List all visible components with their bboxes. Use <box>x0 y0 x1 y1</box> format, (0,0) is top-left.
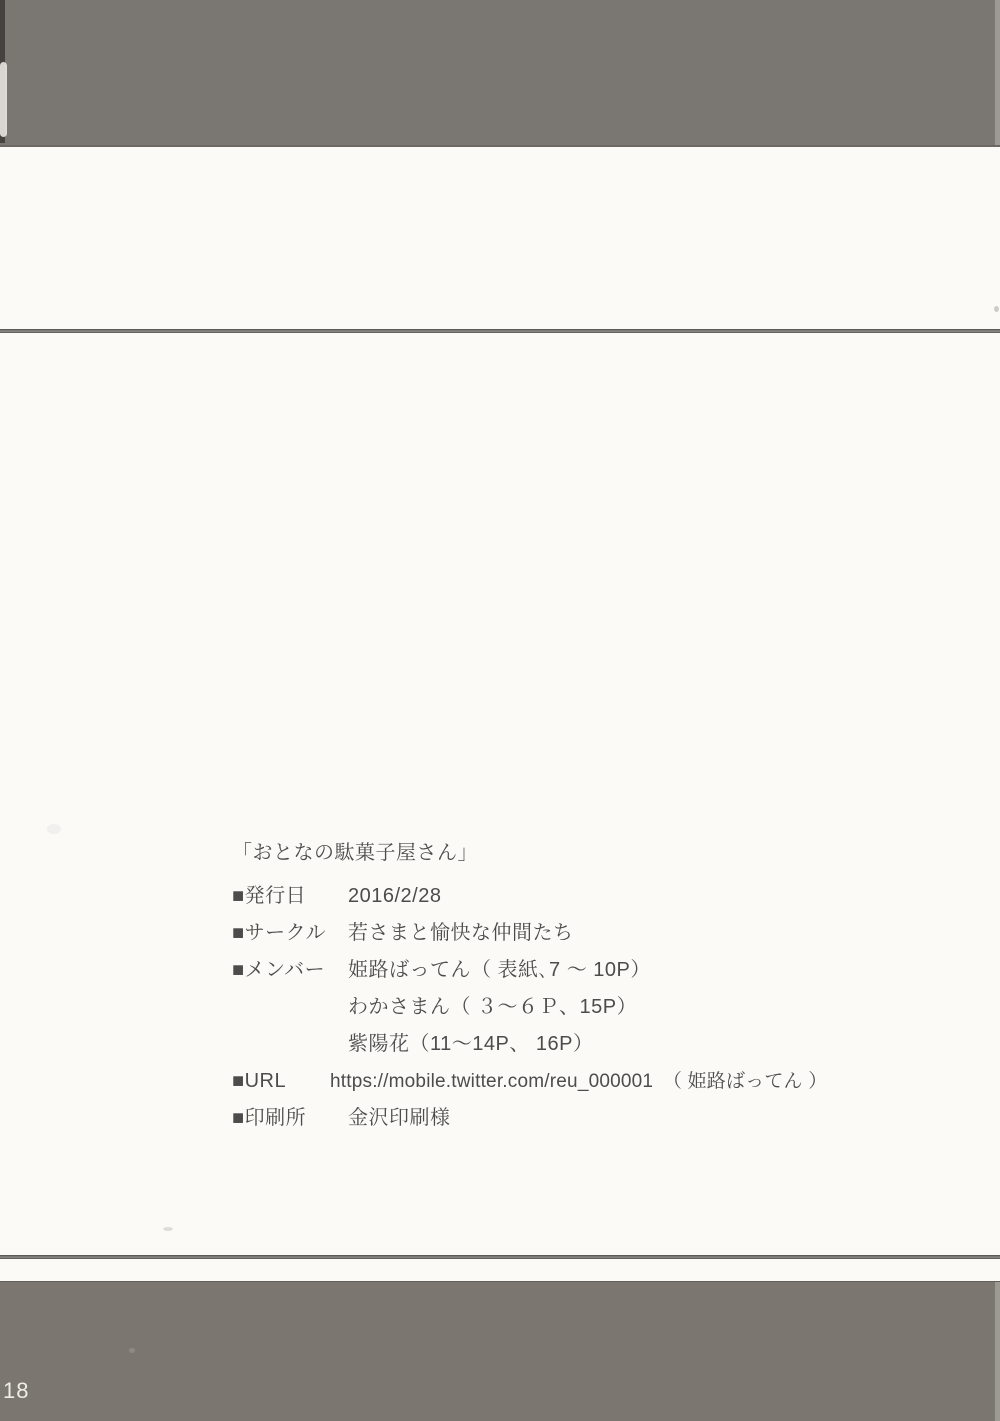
field-label: ■メンバー <box>232 952 348 989</box>
colophon-row-url: ■URL https://mobile.twitter.com/reu_0000… <box>232 1063 827 1100</box>
scan-speck <box>994 306 999 312</box>
spine-highlight <box>0 62 7 137</box>
colophon-row-member-2: わかさまん（ ３～６Ｐ、15P） <box>232 989 827 1026</box>
colophon-row-member-3: 紫陽花（11～14P、 16P） <box>232 1026 827 1063</box>
horizontal-rule-top <box>0 329 1000 333</box>
field-value: わかさまん（ ３～６Ｐ、15P） <box>348 989 637 1026</box>
colophon-row-circle: ■サークル 若さまと愉快な仲間たち <box>232 915 827 952</box>
scan-speck <box>47 824 61 834</box>
field-label: ■発行日 <box>232 878 348 915</box>
scan-speck <box>163 1227 173 1231</box>
field-value-url: https://mobile.twitter.com/reu_000001 （ … <box>330 1063 827 1100</box>
field-value: 金沢印刷様 <box>348 1100 451 1137</box>
bottom-scan-band <box>0 1281 1000 1421</box>
colophon-row-printer: ■印刷所 金沢印刷様 <box>232 1100 827 1137</box>
field-label: ■印刷所 <box>232 1100 348 1137</box>
scanned-colophon-page: 「おとなの駄菓子屋さん」 ■発行日 2016/2/28 ■サークル 若さまと愉快… <box>0 0 1000 1421</box>
colophon-row-publish-date: ■発行日 2016/2/28 <box>232 878 827 915</box>
scan-edge-highlight <box>995 1282 1000 1421</box>
field-label: ■サークル <box>232 915 348 952</box>
doujin-title: 「おとなの駄菓子屋さん」 <box>232 840 827 870</box>
field-label: ■URL <box>232 1063 330 1100</box>
scan-edge-highlight <box>995 0 1000 145</box>
field-value: 姫路ばってん（ 表紙､7 ～ 10P） <box>348 952 651 989</box>
colophon-block: 「おとなの駄菓子屋さん」 ■発行日 2016/2/28 ■サークル 若さまと愉快… <box>232 840 827 1137</box>
top-scan-band <box>0 0 1000 147</box>
scan-speck <box>129 1348 135 1353</box>
field-label <box>232 989 348 1026</box>
field-value: 紫陽花（11～14P、 16P） <box>348 1026 594 1063</box>
field-value: 2016/2/28 <box>348 878 441 915</box>
field-label <box>232 1026 348 1063</box>
field-value: 若さまと愉快な仲間たち <box>348 915 574 952</box>
colophon-row-members: ■メンバー 姫路ばってん（ 表紙､7 ～ 10P） <box>232 952 827 989</box>
page-number: 18 <box>3 1378 29 1404</box>
horizontal-rule-bottom <box>0 1255 1000 1259</box>
